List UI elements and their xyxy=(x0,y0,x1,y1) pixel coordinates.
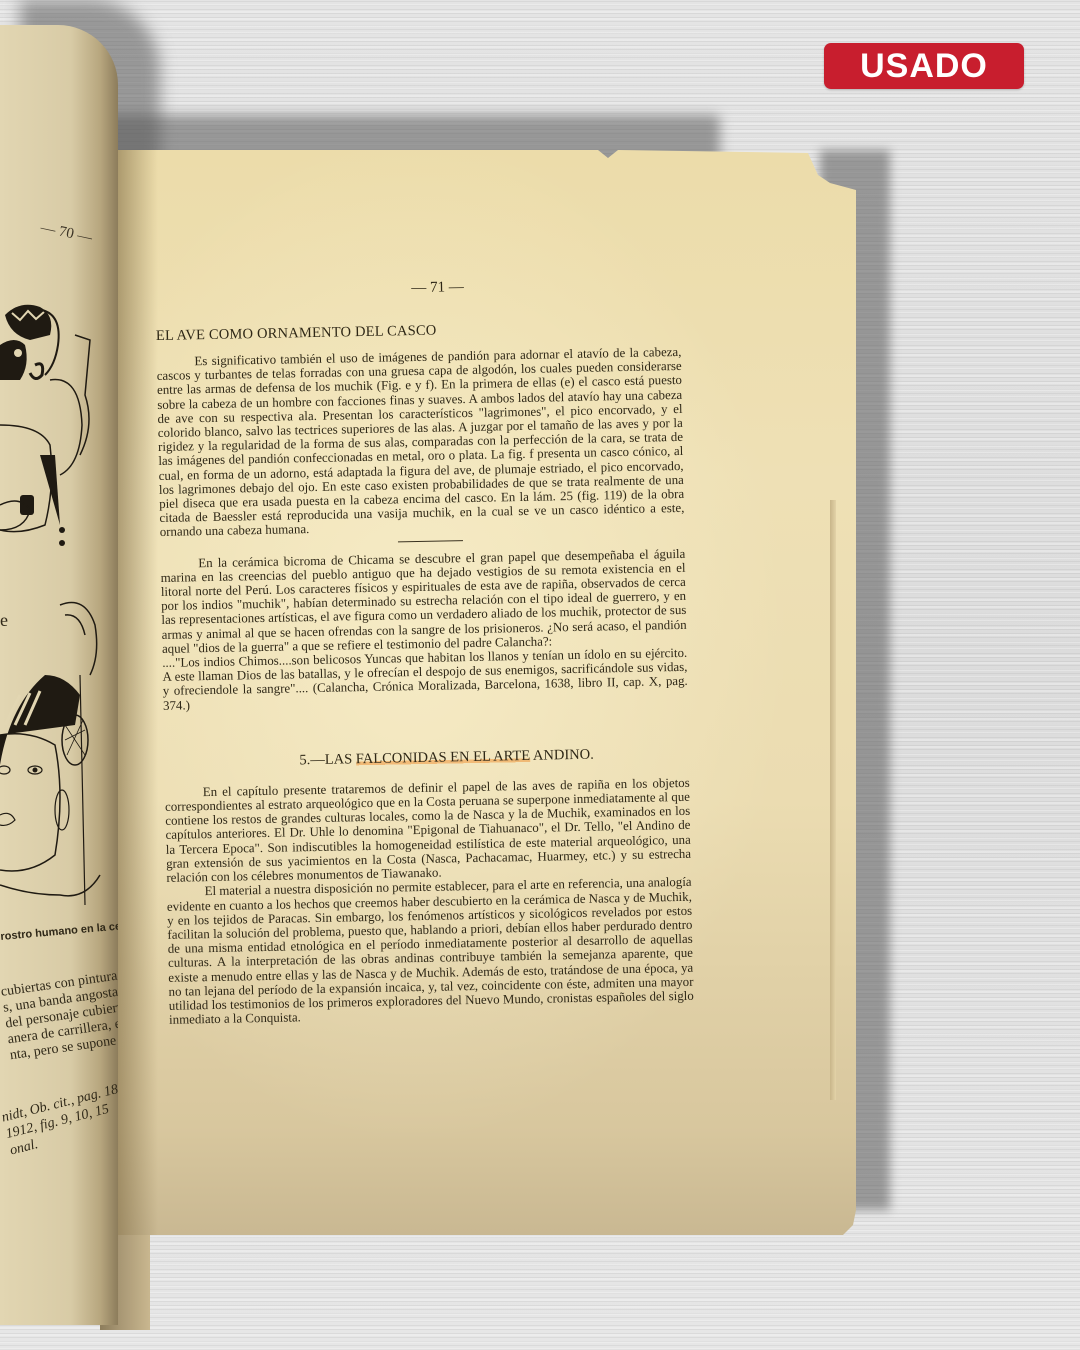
left-page-caption: rostro humano en la cerámica xyxy=(0,917,118,943)
paragraph: El material a nuestra disposición no per… xyxy=(167,875,695,1027)
left-page: — 70 — e rostro humano en la cerámica xyxy=(0,25,118,1325)
chapter-title: 5.—LAS FALCONIDAS EN EL ARTE ANDINO. xyxy=(164,745,689,772)
right-page-gutter-shade xyxy=(118,150,158,1235)
chapter-title-suffix: ANDINO. xyxy=(530,747,594,764)
paragraph: En el capítulo presente trataremos de de… xyxy=(165,776,692,885)
quote: ...."Los indios Chimos....son belicosos … xyxy=(162,646,688,713)
page-edge-stack xyxy=(830,500,836,1100)
left-page-references: nidt, Ob. cit., pag. 181, 19 1912, fig. … xyxy=(0,1082,118,1159)
left-page-number: — 70 — xyxy=(39,220,94,248)
section-title: EL AVE COMO ORNAMENTO DEL CASCO xyxy=(156,318,681,345)
condition-badge: USADO xyxy=(824,43,1024,89)
chapter-title-prefix: 5.—LAS xyxy=(299,751,356,768)
separator-rule xyxy=(398,540,463,542)
right-page-text: — 71 — EL AVE COMO ORNAMENTO DEL CASCO E… xyxy=(155,275,694,1027)
ceramic-figure-illustration xyxy=(0,295,115,915)
paragraph: Es significativo también el uso de imáge… xyxy=(156,345,684,540)
paragraph: En la cerámica bicroma de Chicama se des… xyxy=(160,547,687,656)
left-page-figure-label: e xyxy=(0,610,8,631)
left-page-body: cubiertas con pintura (fig. 12 s, una ba… xyxy=(0,969,118,1064)
highlighted-text: FALCONIDAS EN EL ARTE xyxy=(356,748,531,767)
